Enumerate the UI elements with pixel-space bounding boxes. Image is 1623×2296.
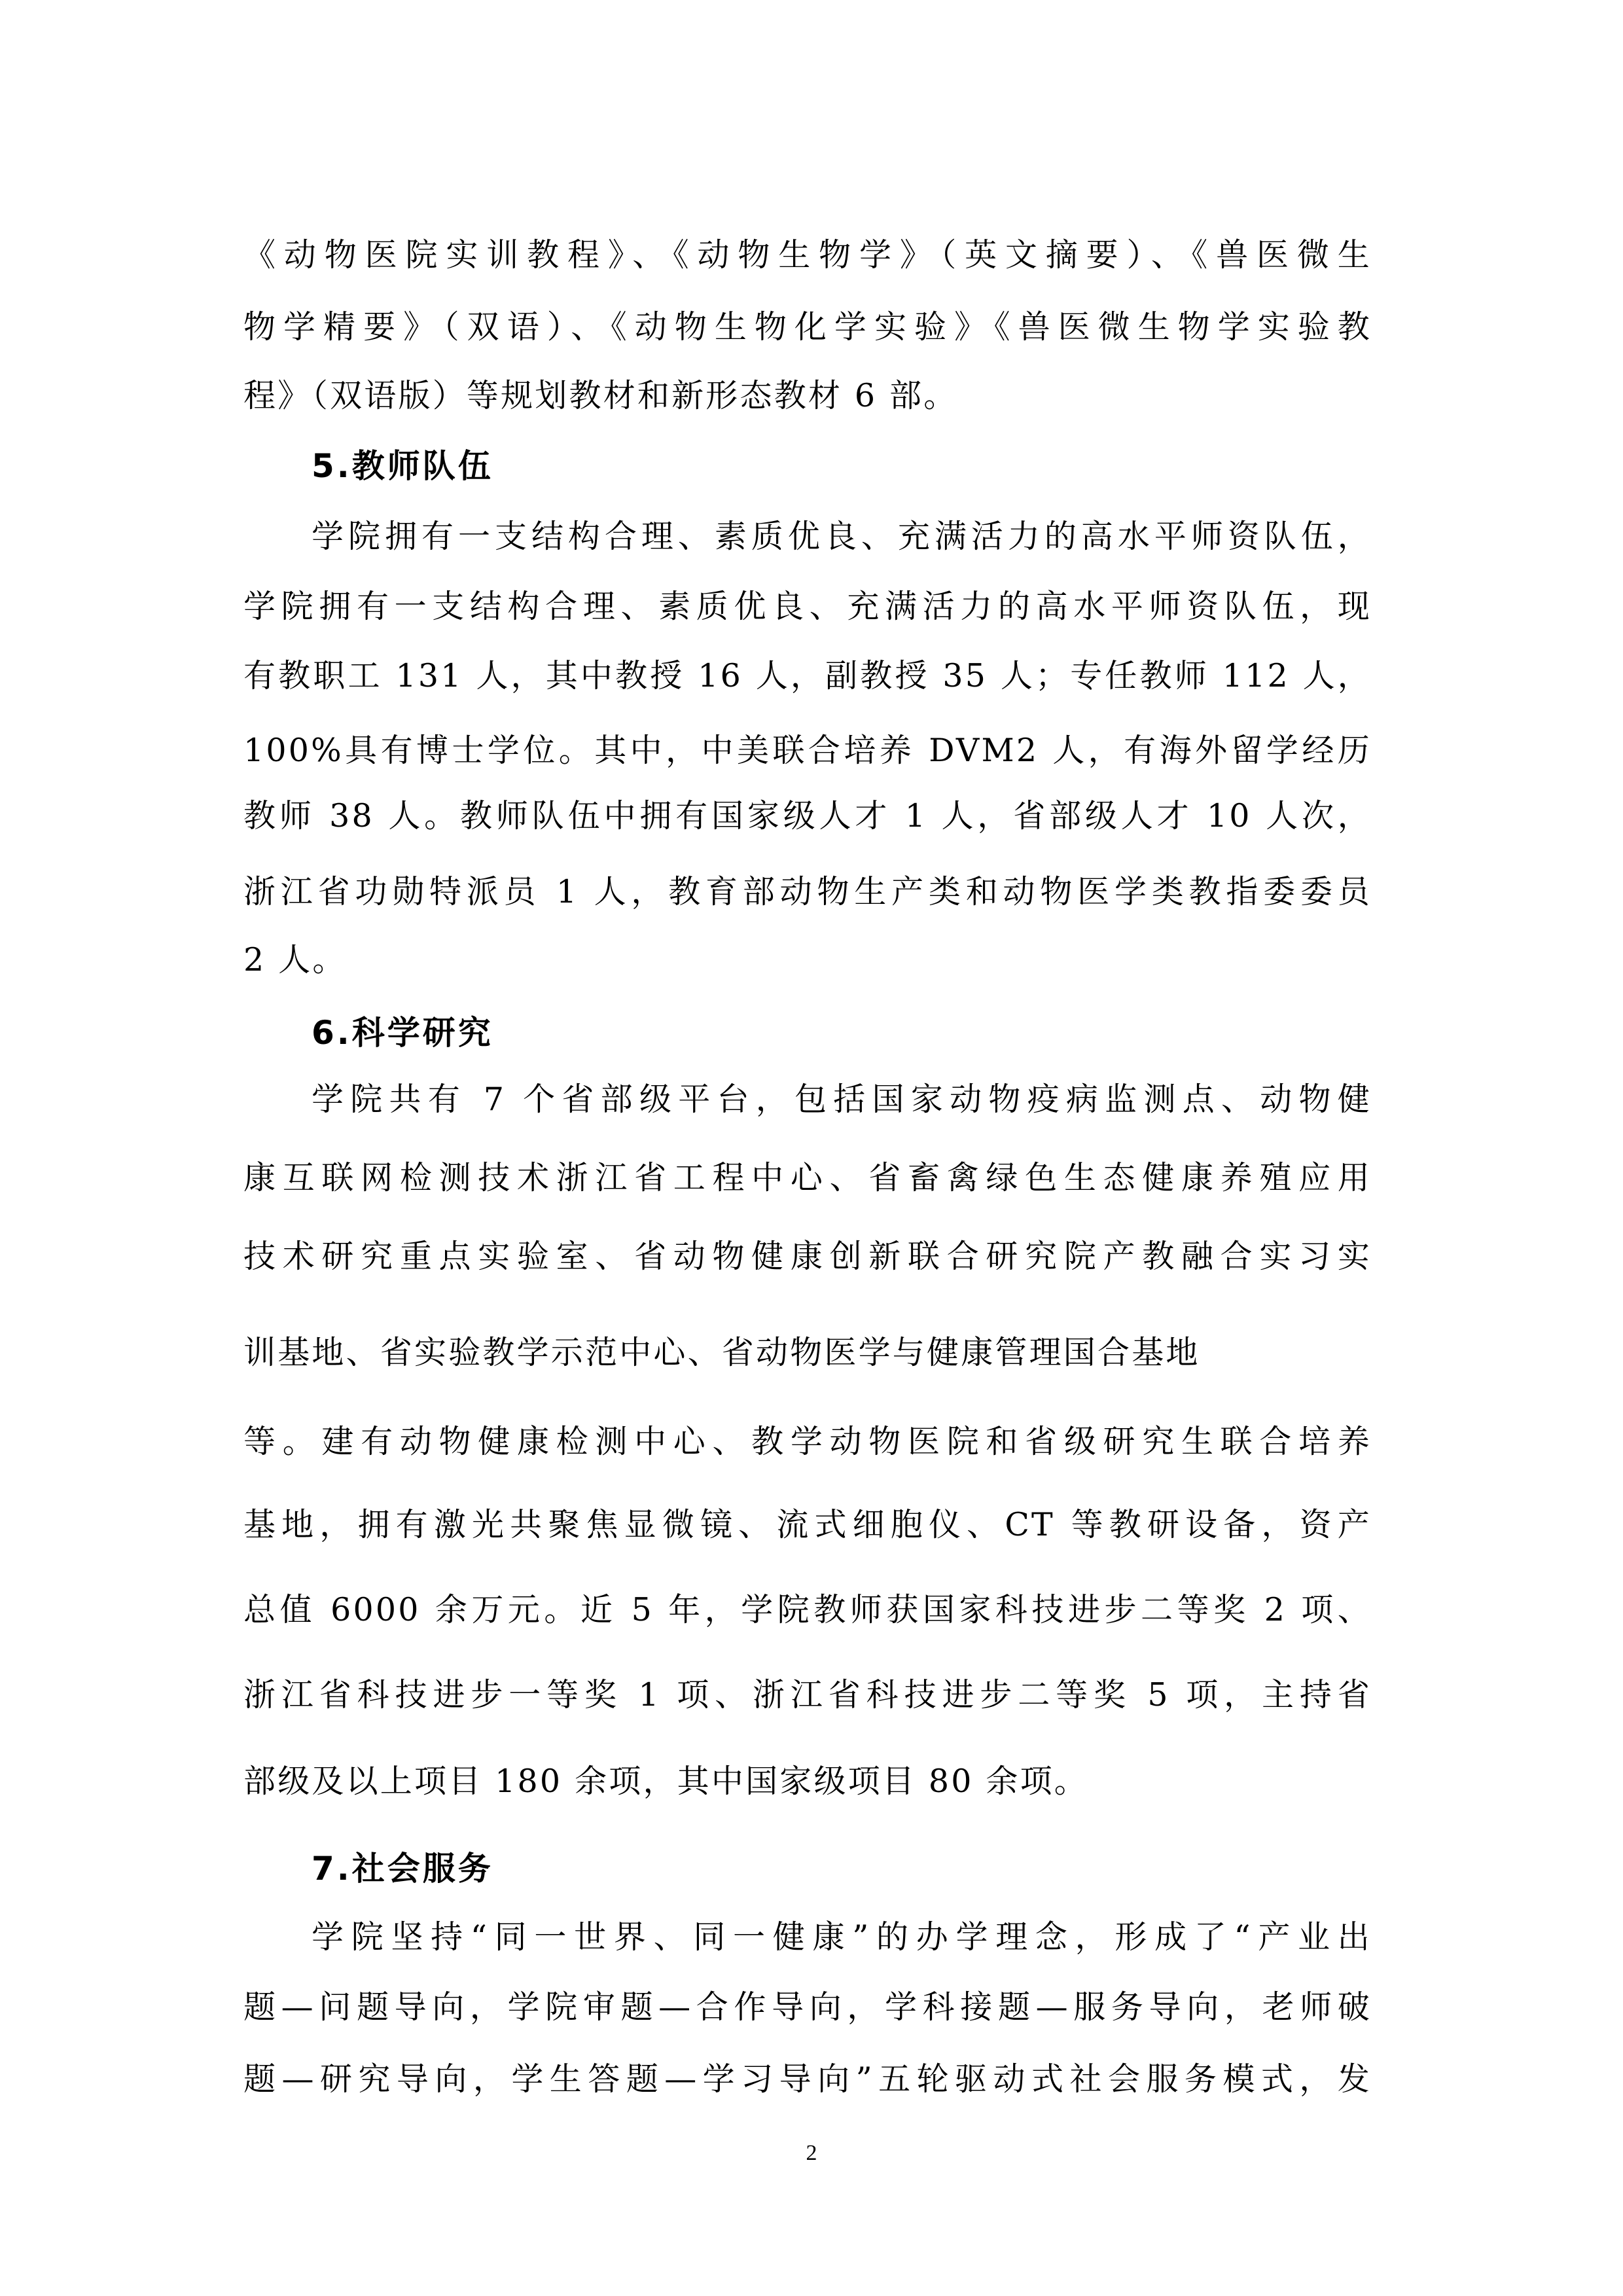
paragraph-line: 题—研究导向，学生答题—学习导向”五轮驱动式社会服务模式，发: [243, 2053, 1372, 2106]
section-heading-social-service: 7.社会服务: [312, 1842, 493, 1895]
paragraph-line: 学院共有 7 个省部级平台，包括国家动物疫病监测点、动物健: [312, 1073, 1372, 1126]
paragraph-line: 训基地、省实验教学示范中心、省动物医学与健康管理国合基地: [243, 1327, 1372, 1379]
paragraph-line: 部级及以上项目 180 余项，其中国家级项目 80 余项。: [243, 1755, 1372, 1808]
paragraph-line: 题—问题导向，学院审题—合作导向，学科接题—服务导向，老师破: [243, 1981, 1372, 2034]
paragraph-line: 学院拥有一支结构合理、素质优良、充满活力的高水平师资队伍，现: [243, 581, 1372, 633]
paragraph-line: 程》（双语版）等规划教材和新形态教材 6 部。: [243, 370, 1372, 422]
paragraph-line: 100%具有博士学位。其中，中美联合培养 DVM2 人，有海外留学经历: [243, 725, 1372, 777]
paragraph-line: 2 人。: [243, 934, 1372, 986]
section-heading-research: 6.科学研究: [312, 1007, 493, 1059]
paragraph-line: 浙江省科技进步一等奖 1 项、浙江省科技进步二等奖 5 项，主持省: [243, 1669, 1372, 1721]
section-heading-faculty: 5.教师队伍: [312, 440, 493, 492]
paragraph-line: 学院坚持“同一世界、同一健康”的办学理念，形成了“产业出: [312, 1911, 1372, 1964]
paragraph-line: 教师 38 人。教师队伍中拥有国家级人才 1 人，省部级人才 10 人次，: [243, 790, 1372, 842]
page-number: 2: [785, 2139, 838, 2168]
paragraph-line: 康互联网检测技术浙江省工程中心、省畜禽绿色生态健康养殖应用: [243, 1152, 1372, 1204]
paragraph-line: 技术研究重点实验室、省动物健康创新联合研究院产教融合实习实: [243, 1230, 1372, 1283]
paragraph-line: 有教职工 131 人，其中教授 16 人，副教授 35 人；专任教师 112 人…: [243, 650, 1372, 702]
paragraph-line: 等。建有动物健康检测中心、教学动物医院和省级研究生联合培养: [243, 1416, 1372, 1468]
paragraph-line: 基地，拥有激光共聚焦显微镜、流式细胞仪、CT 等教研设备，资产: [243, 1499, 1372, 1551]
document-page: 《动物医院实训教程》、《动物生物学》（英文摘要）、《兽医微生 物学精要》（双语）…: [0, 0, 1623, 2296]
paragraph-line: 浙江省功勋特派员 1 人，教育部动物生产类和动物医学类教指委委员: [243, 866, 1372, 918]
paragraph-line: 物学精要》（双语）、《动物生物化学实验》《兽医微生物学实验教: [243, 301, 1372, 353]
paragraph-line: 总值 6000 余万元。近 5 年，学院教师获国家科技进步二等奖 2 项、: [243, 1584, 1372, 1636]
paragraph-line: 《动物医院实训教程》、《动物生物学》（英文摘要）、《兽医微生: [243, 229, 1372, 281]
paragraph-line: 学院拥有一支结构合理、素质优良、充满活力的高水平师资队伍，: [312, 511, 1372, 563]
